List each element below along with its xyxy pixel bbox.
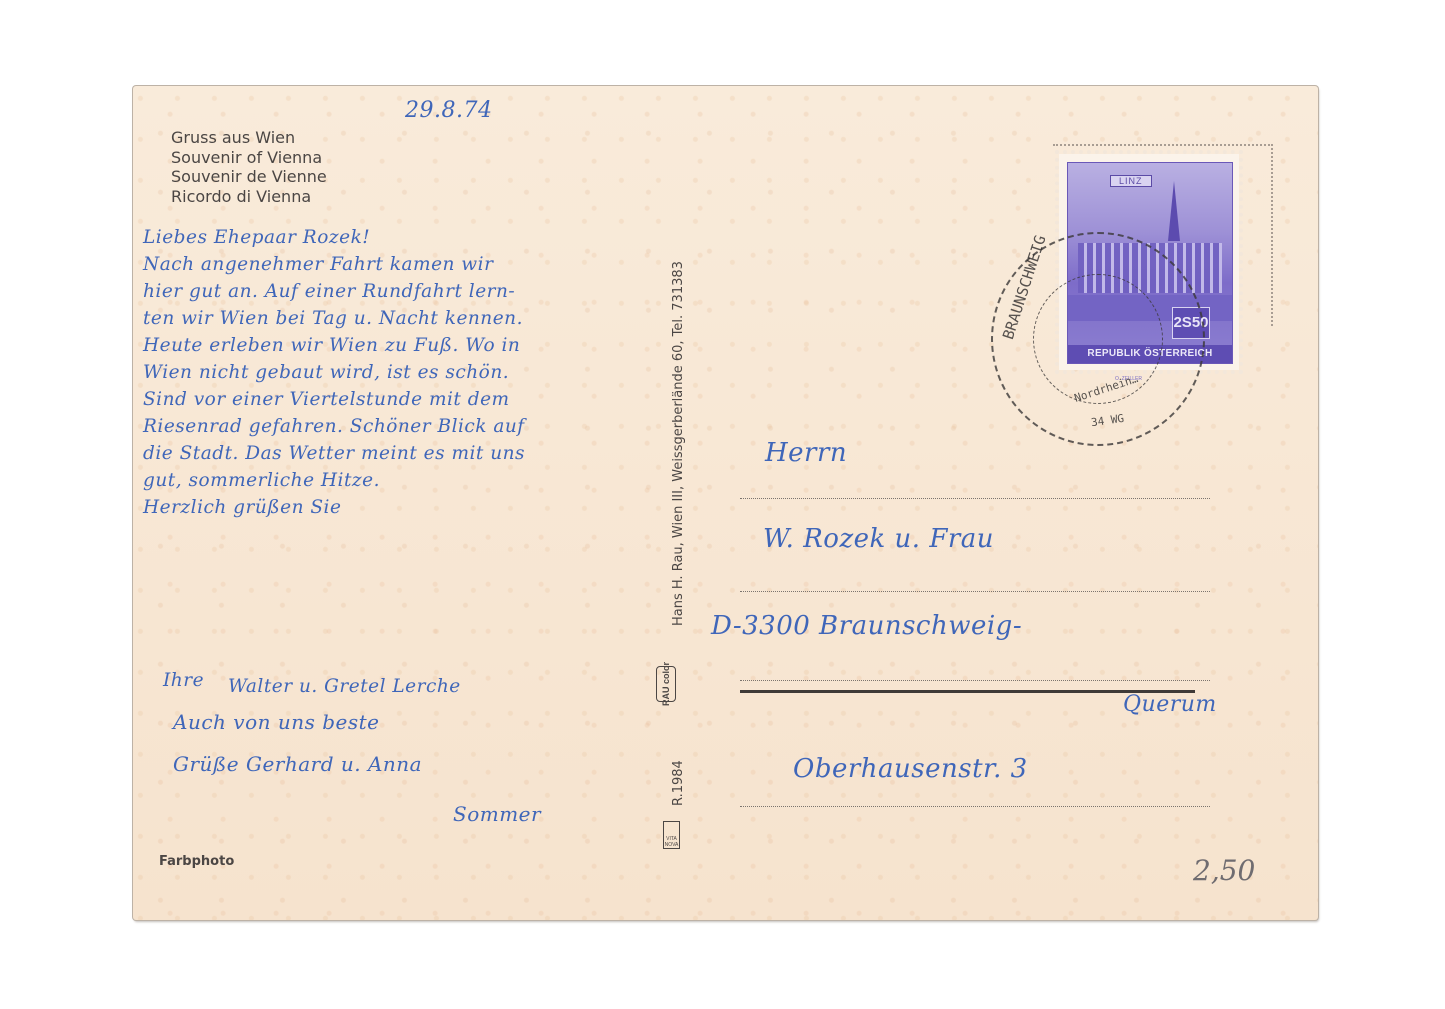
message-line: Heute erleben wir Wien zu Fuß. Wo in [143, 332, 525, 359]
greeting-english: Souvenir of Vienna [171, 148, 327, 168]
vita-nova-logo: VITA NOVA [663, 821, 680, 849]
reference-number: R.1984 [671, 760, 686, 806]
message-line: Nach angenehmer Fahrt kamen wir [143, 251, 525, 278]
cathedral-spire-icon [1168, 181, 1180, 241]
message-line: Sind vor einer Viertelstunde mit dem [143, 386, 525, 413]
signature-surname: Sommer [453, 802, 541, 826]
message-line: Riesenrad gefahren. Schöner Blick auf [143, 413, 525, 440]
handwritten-date: 29.8.74 [405, 98, 492, 123]
printed-greeting: Gruss aus Wien Souvenir of Vienna Souven… [171, 128, 327, 206]
signature-ihre: Ihre [163, 670, 204, 691]
message-line: Herzlich grüßen Sie [143, 494, 525, 521]
message-line: gut, sommerliche Hitze. [143, 467, 525, 494]
address-line-divider [740, 498, 1210, 499]
greeting-french: Souvenir de Vienne [171, 167, 327, 187]
address-street: Oberhausenstr. 3 [793, 754, 1028, 784]
address-district: Querum [1123, 692, 1217, 717]
address-line-divider [740, 591, 1210, 592]
publisher-imprint: Hans H. Rau, Wien III, Weissgerberlände … [671, 261, 686, 626]
message-line: ten wir Wien bei Tag u. Nacht kennen. [143, 305, 525, 332]
farbphoto-label: Farbphoto [159, 854, 234, 869]
address-line-divider [740, 806, 1210, 807]
address-city: D-3300 Braunschweig- [711, 611, 1022, 641]
signature-names: Walter u. Gretel Lerche [228, 676, 461, 697]
address-salutation: Herrn [765, 438, 847, 468]
handwritten-message: Liebes Ehepaar Rozek! Nach angenehmer Fa… [143, 224, 525, 521]
signature-addendum: Auch von uns beste [173, 710, 380, 734]
stamp-city-banner: LINZ [1110, 175, 1152, 187]
rau-color-logo: RAU color [656, 666, 676, 702]
message-line: Wien nicht gebaut wird, ist es schön. [143, 359, 525, 386]
greeting-german: Gruss aus Wien [171, 128, 327, 148]
message-line: hier gut an. Auf einer Rundfahrt lern- [143, 278, 525, 305]
message-line: die Stadt. Das Wetter meint es mit uns [143, 440, 525, 467]
signature-addendum-names: Grüße Gerhard u. Anna [173, 752, 422, 776]
greeting-italian: Ricordo di Vienna [171, 187, 327, 207]
address-recipient: W. Rozek u. Frau [763, 524, 994, 554]
message-line: Liebes Ehepaar Rozek! [143, 224, 525, 251]
postcard: Gruss aus Wien Souvenir of Vienna Souven… [133, 86, 1318, 920]
address-line-divider [740, 680, 1210, 681]
pencil-price-note: 2,50 [1193, 854, 1255, 887]
